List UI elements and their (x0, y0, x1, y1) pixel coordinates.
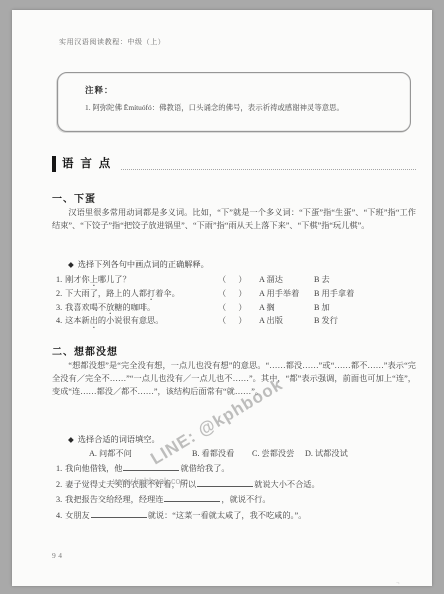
diamond-bullet-icon: ◆ (68, 435, 74, 444)
sentence-post: 的小说很有意思。 (98, 316, 164, 325)
emphasized-word: 上 (90, 275, 98, 284)
diamond-bullet-icon: ◆ (68, 260, 74, 269)
choice-b: B. 看都没看 (192, 448, 234, 459)
fill-in-blank (91, 509, 147, 518)
choice-d: D. 试都没试 (305, 448, 348, 459)
item-number: 3. (56, 495, 62, 504)
item-number: 4. (56, 511, 62, 520)
emphasized-word: 打 (147, 289, 155, 298)
exercise-one-row: 2.下大雨了，路上的人都打着伞。 （ ） A 用手举着 B 用手拿着 (56, 288, 420, 302)
option-b: B 发行 (314, 315, 338, 326)
sentence-post: 就说大小不合适。 (254, 480, 320, 489)
item-number: 4. (56, 316, 62, 325)
running-header: 实用汉语阅读教程：中级（上） (59, 37, 165, 47)
sentence-pre: 刚才你 (65, 275, 90, 284)
option-b: B 加 (314, 302, 330, 313)
sentence-pre: 我把报告交给经理，经理连 (65, 495, 163, 504)
emphasized-word: 放 (106, 303, 114, 312)
sentence-pre: 下大雨了，路上的人都 (65, 289, 147, 298)
option-a: A 用手举着 (259, 288, 299, 299)
sentence-pre: 我喜欢喝不 (65, 303, 106, 312)
answer-parentheses: （ ） (218, 302, 249, 313)
option-a: A 溜达 (259, 274, 283, 285)
word-choices-row: A. 问都不问 B. 看都没看 C. 尝都没尝 D. 试都没试 (89, 448, 419, 461)
option-b: B 用手拿着 (314, 288, 354, 299)
fill-in-blank (123, 462, 179, 471)
answer-parentheses: （ ） (218, 288, 249, 299)
exercise-two-row: 4.女朋友就说：“这菜一看就太咸了，我不吃咸的。”。 (56, 509, 424, 525)
fill-in-blank (197, 478, 253, 487)
item-number: 1. (56, 464, 62, 473)
language-points-banner: 语 言 点 (52, 156, 416, 172)
sentence-post: 哪儿了？ (98, 275, 131, 284)
item-number: 2. (56, 480, 62, 489)
item-number: 2. (56, 289, 62, 298)
exercise-two-row: 3.我把报告交给经理，经理连，就说不行。 (56, 493, 424, 509)
item-number: 3. (56, 303, 62, 312)
answer-parentheses: （ ） (218, 274, 249, 285)
sentence-pre: 女朋友 (65, 511, 90, 520)
notes-box: 注释： 1. 阿弥陀佛 Ēmítuófó：佛教语，口头诵念的佛号，表示祈祷或感谢… (57, 72, 411, 132)
sentence-pre: 妻子觉得丈夫买的衣服不好看，所以 (65, 480, 196, 489)
choice-c: C. 尝都没尝 (252, 448, 294, 459)
exercise-two-items: 1.我向他借钱，他就借给我了。 2.妻子觉得丈夫买的衣服不好看，所以就说大小不合… (56, 462, 424, 524)
notes-title: 注释： (85, 84, 114, 96)
sentence-post: 着伞。 (155, 289, 180, 298)
sentence-post: ，就说不行。 (221, 495, 270, 504)
item-number: 1. (56, 275, 62, 284)
section-two-paragraph: “想都没想”是“完全没有想，一点儿也没有想”的意思。“……都没……”或“……都不… (52, 359, 416, 399)
exercise-two-label: 选择合适的词语填空。 (78, 435, 160, 444)
fill-in-blank (164, 493, 220, 502)
dotted-rule (121, 169, 416, 170)
note-item: 1. 阿弥陀佛 Ēmítuófó：佛教语，口头诵念的佛号，表示祈祷或感谢神灵等意… (85, 103, 390, 113)
section-one-paragraph: 汉语里很多常用动词都是多义词。比如，“下”就是一个多义词：“下蛋”指“生蛋”、“… (52, 206, 416, 232)
scan-artifact-mark: ¬ (396, 581, 399, 586)
exercise-one-row: 4.这本新出的小说很有意思。 （ ） A 出版 B 发行 (56, 315, 420, 329)
banner-title: 语 言 点 (62, 156, 112, 172)
exercise-one-label: 选择下列各句中画点词的正确解释。 (78, 260, 209, 269)
sentence-post: 就说：“这菜一看就太咸了，我不吃咸的。”。 (148, 511, 307, 520)
section-one-title: 一、下蛋 (52, 190, 96, 205)
exercise-one-row: 3.我喜欢喝不放糖的咖啡。 （ ） A 搁 B 加 (56, 302, 420, 316)
sentence-pre: 我向他借钱，他 (65, 464, 122, 473)
page-number: 94 (52, 551, 65, 560)
exercise-one-items: 1.刚才你上哪儿了？ （ ） A 溜达 B 去 2.下大雨了，路上的人都打着伞。… (56, 274, 420, 329)
section-two-title: 二、想都没想 (52, 343, 118, 358)
sentence-post: 就借给我了。 (180, 464, 229, 473)
section-marker-bar (52, 156, 56, 172)
exercise-one-row: 1.刚才你上哪儿了？ （ ） A 溜达 B 去 (56, 274, 420, 288)
exercise-two-row: 2.妻子觉得丈夫买的衣服不好看，所以就说大小不合适。 (56, 478, 424, 494)
sentence-pre: 这本新 (65, 316, 90, 325)
option-b: B 去 (314, 274, 330, 285)
answer-parentheses: （ ） (218, 315, 249, 326)
sentence-post: 糖的咖啡。 (114, 303, 155, 312)
textbook-page: 实用汉语阅读教程：中级（上） 注释： 1. 阿弥陀佛 Ēmítuófó：佛教语，… (12, 10, 432, 586)
exercise-one-prompt: ◆选择下列各句中画点词的正确解释。 (68, 259, 209, 270)
exercise-two-prompt: ◆选择合适的词语填空。 (68, 434, 160, 445)
emphasized-word: 出 (90, 316, 98, 325)
option-a: A 搁 (259, 302, 275, 313)
exercise-two-row: 1.我向他借钱，他就借给我了。 (56, 462, 424, 478)
option-a: A 出版 (259, 315, 283, 326)
choice-a: A. 问都不问 (89, 448, 132, 459)
